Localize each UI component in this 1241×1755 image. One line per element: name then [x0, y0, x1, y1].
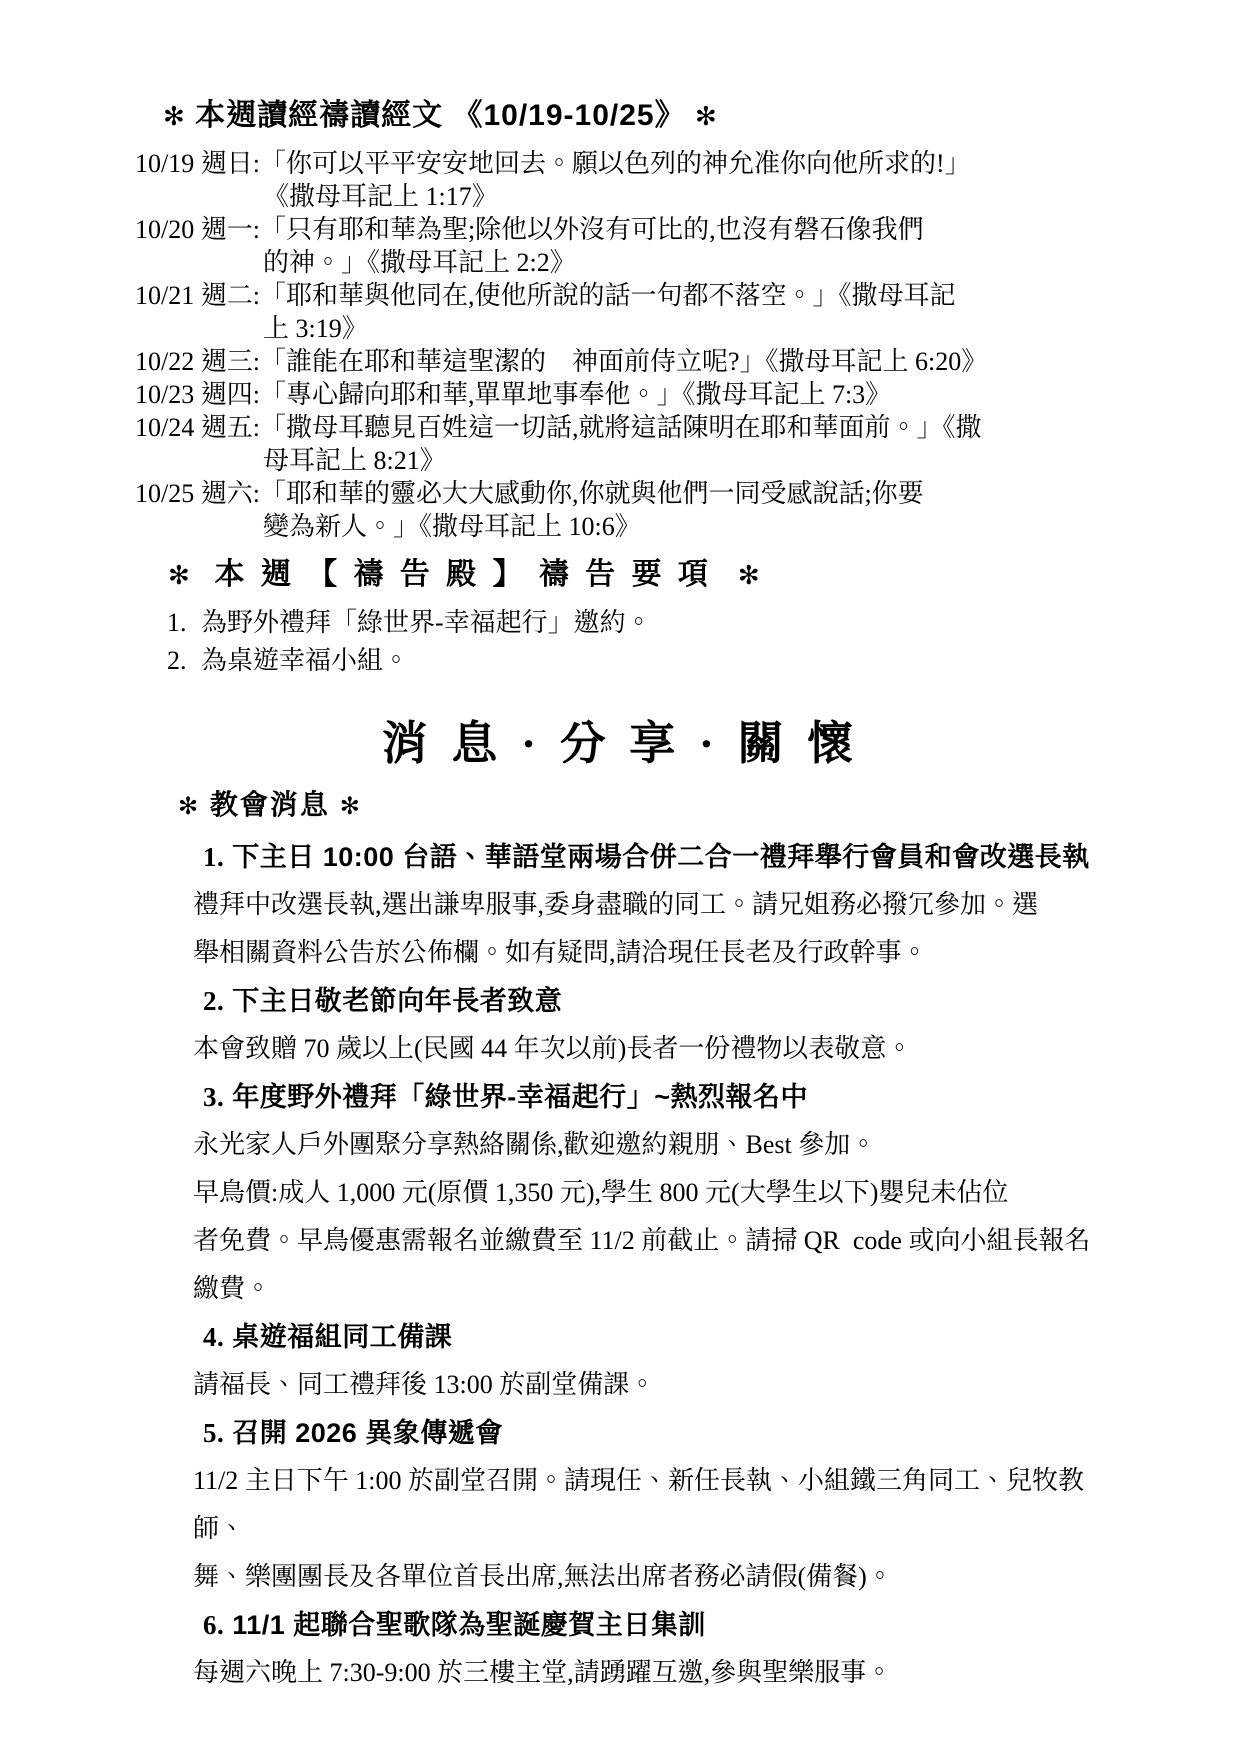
church-news-section: ✻ 教會消息 ✻ 1.下主日 10:00 台語、華語堂兩場合併二合一禮拜舉行會員… — [135, 788, 1106, 1697]
news-item-title: 下主日 10:00 台語、華語堂兩場合併二合一禮拜舉行會員和會改選長執 — [232, 842, 1090, 872]
news-body-line: 每週六晚上 7:30-9:00 於三樓主堂,請踴躍互邀,參與聖樂服事。 — [193, 1649, 1106, 1697]
reading-date-label: 10/19 週日: — [135, 149, 260, 178]
prayer-item: 2.為桌遊幸福小組。 — [167, 642, 1106, 680]
news-item-number: 1. — [203, 842, 224, 872]
news-item-title: 11/1 起聯合聖歌隊為聖誕慶賀主日集訓 — [232, 1610, 706, 1640]
news-item-body: 11/2 主日下午 1:00 於副堂召開。請現任、新任長執、小組鐵三角同工、兒牧… — [193, 1457, 1106, 1601]
news-item: 2.下主日敬老節向年長者致意 本會致贈 70 歲以上(民國 44 年次以前)長者… — [193, 977, 1106, 1073]
news-item-heading: 6.11/1 起聯合聖歌隊為聖誕慶賀主日集訓 — [203, 1601, 1106, 1649]
reading-text: 「只有耶和華為聖;除他以外沒有可比的,也沒有磐石像我們 — [260, 215, 924, 244]
news-item-heading: 5.召開 2026 異象傳遞會 — [203, 1409, 1106, 1457]
news-item-body: 禮拜中改選長執,選出謙卑服事,委身盡職的同工。請兄姐務必撥冗參加。選 舉相關資料… — [193, 881, 1106, 977]
news-item-heading: 4.桌遊福組同工備課 — [203, 1313, 1106, 1361]
reading-line-continuation: 的神。」《撒母耳記上 2:2》 — [135, 246, 1106, 279]
news-item-heading: 1.下主日 10:00 台語、華語堂兩場合併二合一禮拜舉行會員和會改選長執 — [203, 833, 1106, 881]
news-body-line: 禮拜中改選長執,選出謙卑服事,委身盡職的同工。請兄姐務必撥冗參加。選 — [193, 881, 1106, 929]
page-title: 消 息 · 分 享 · 關 懷 — [135, 718, 1106, 770]
reading-date-label: 10/20 週一: — [135, 215, 260, 244]
reading-text: 「專心歸向耶和華,單單地事奉他。」《撒母耳記上 7:3》 — [260, 380, 891, 409]
news-item-number: 6. — [203, 1610, 224, 1640]
scripture-heading-text: 本週讀經禱讀經文 《10/19-10/25》 — [195, 99, 685, 132]
flower-ornament-icon: ✻ — [178, 792, 200, 820]
scripture-reading: 10/22 週三:「誰能在耶和華這聖潔的 神面前侍立呢?」《撒母耳記上 6:20… — [135, 345, 1106, 378]
news-item-body: 每週六晚上 7:30-9:00 於三樓主堂,請踴躍互邀,參與聖樂服事。 — [193, 1649, 1106, 1697]
bulletin-page: ✻ 本週讀經禱讀經文 《10/19-10/25》 ✻ 10/19 週日:「你可以… — [0, 0, 1241, 1755]
news-body-line: 永光家人戶外團聚分享熱絡關係,歡迎邀約親朋、Best 參加。 — [193, 1121, 1106, 1169]
reading-line-continuation: 《撒母耳記上 1:17》 — [135, 180, 1106, 213]
reading-date-label: 10/22 週三: — [135, 347, 260, 376]
reading-line: 10/23 週四:「專心歸向耶和華,單單地事奉他。」《撒母耳記上 7:3》 — [135, 378, 1106, 411]
reading-line: 10/25 週六:「耶和華的靈必大大感動你,你就與他們一同受感說話;你要 — [135, 477, 1106, 510]
news-body-line: 11/2 主日下午 1:00 於副堂召開。請現任、新任長執、小組鐵三角同工、兒牧… — [193, 1457, 1106, 1553]
news-item: 6.11/1 起聯合聖歌隊為聖誕慶賀主日集訓 每週六晚上 7:30-9:00 於… — [193, 1601, 1106, 1697]
reading-line-continuation: 變為新人。」《撒母耳記上 10:6》 — [135, 510, 1106, 543]
flower-ornament-icon: ✻ — [695, 102, 718, 132]
prayer-heading-text: 本 週 【 禱 告 殿 】 禱 告 要 項 — [214, 558, 711, 591]
prayer-item-number: 2. — [167, 642, 193, 680]
reading-text: 「你可以平平安安地回去。願以色列的神允准你向他所求的!」 — [260, 149, 971, 178]
news-item-number: 4. — [203, 1322, 224, 1352]
prayer-item: 1.為野外禮拜「綠世界-幸福起行」邀約。 — [167, 604, 1106, 642]
prayer-section: ✻ 本 週 【 禱 告 殿 】 禱 告 要 項✻ 1.為野外禮拜「綠世界-幸福起… — [135, 555, 1106, 680]
scripture-reading: 10/20 週一:「只有耶和華為聖;除他以外沒有可比的,也沒有磐石像我們 的神。… — [135, 213, 1106, 279]
church-news-heading-text: 教會消息 — [210, 789, 330, 820]
news-item-heading: 3.年度野外禮拜「綠世界-幸福起行」~熱烈報名中 — [203, 1073, 1106, 1121]
scripture-reading: 10/24 週五:「撒母耳聽見百姓這一切話,就將這話陳明在耶和華面前。」《撒 母… — [135, 411, 1106, 477]
news-item-heading: 2.下主日敬老節向年長者致意 — [203, 977, 1106, 1025]
scripture-section: ✻ 本週讀經禱讀經文 《10/19-10/25》 ✻ 10/19 週日:「你可以… — [135, 96, 1106, 543]
reading-line: 10/21 週二:「耶和華與他同在,使他所說的話一句都不落空。」《撒母耳記 — [135, 279, 1106, 312]
news-item-title: 召開 2026 異象傳遞會 — [232, 1418, 503, 1448]
news-body-line: 舉相關資料公告於公佈欄。如有疑問,請洽現任長老及行政幹事。 — [193, 929, 1106, 977]
news-item-body: 請福長、同工禮拜後 13:00 於副堂備課。 — [193, 1361, 1106, 1409]
church-news-heading: ✻ 教會消息 ✻ — [178, 788, 1106, 823]
news-item: 4.桌遊福組同工備課 請福長、同工禮拜後 13:00 於副堂備課。 — [193, 1313, 1106, 1409]
reading-line-continuation: 上 3:19》 — [135, 312, 1106, 345]
reading-line: 10/22 週三:「誰能在耶和華這聖潔的 神面前侍立呢?」《撒母耳記上 6:20… — [135, 345, 1106, 378]
news-item: 3.年度野外禮拜「綠世界-幸福起行」~熱烈報名中 永光家人戶外團聚分享熱絡關係,… — [193, 1073, 1106, 1313]
reading-date-label: 10/21 週二: — [135, 281, 260, 310]
news-item-number: 2. — [203, 986, 224, 1016]
news-item-body: 永光家人戶外團聚分享熱絡關係,歡迎邀約親朋、Best 參加。 早鳥價:成人 1,… — [193, 1121, 1106, 1313]
news-body-line: 早鳥價:成人 1,000 元(原價 1,350 元),學生 800 元(大學生以… — [193, 1169, 1106, 1217]
reading-line: 10/24 週五:「撒母耳聽見百姓這一切話,就將這話陳明在耶和華面前。」《撒 — [135, 411, 1106, 444]
prayer-item-number: 1. — [167, 604, 193, 642]
news-item: 5.召開 2026 異象傳遞會 11/2 主日下午 1:00 於副堂召開。請現任… — [193, 1409, 1106, 1601]
reading-text: 「耶和華與他同在,使他所說的話一句都不落空。」《撒母耳記 — [260, 281, 956, 310]
reading-date-label: 10/23 週四: — [135, 380, 260, 409]
scripture-section-heading: ✻ 本週讀經禱讀經文 《10/19-10/25》 ✻ — [163, 96, 1106, 137]
prayer-item-text: 為桌遊幸福小組。 — [201, 646, 409, 675]
news-body-line: 舞、樂團團長及各單位首長出席,無法出席者務必請假(備餐)。 — [193, 1553, 1106, 1601]
reading-line: 10/20 週一:「只有耶和華為聖;除他以外沒有可比的,也沒有磐石像我們 — [135, 213, 1106, 246]
news-body-line: 者免費。早鳥優惠需報名並繳費至 11/2 前截止。請掃 QR code 或向小組… — [193, 1217, 1106, 1265]
reading-text: 「撒母耳聽見百姓這一切話,就將這話陳明在耶和華面前。」《撒 — [260, 413, 982, 442]
flower-ornament-icon: ✻ — [340, 792, 362, 820]
news-item-title: 年度野外禮拜「綠世界-幸福起行」~熱烈報名中 — [232, 1082, 808, 1112]
news-item: 1.下主日 10:00 台語、華語堂兩場合併二合一禮拜舉行會員和會改選長執 禮拜… — [193, 833, 1106, 977]
prayer-section-heading: ✻ 本 週 【 禱 告 殿 】 禱 告 要 項✻ — [168, 555, 1106, 596]
news-body-line: 繳費。 — [193, 1265, 1106, 1313]
reading-date-label: 10/24 週五: — [135, 413, 260, 442]
reading-text: 「誰能在耶和華這聖潔的 神面前侍立呢?」《撒母耳記上 6:20》 — [260, 347, 987, 376]
flower-ornament-icon: ✻ — [738, 561, 760, 591]
news-item-title: 下主日敬老節向年長者致意 — [232, 986, 562, 1016]
news-item-number: 3. — [203, 1082, 224, 1112]
news-item-number: 5. — [203, 1418, 224, 1448]
scripture-reading: 10/21 週二:「耶和華與他同在,使他所說的話一句都不落空。」《撒母耳記 上 … — [135, 279, 1106, 345]
scripture-reading: 10/25 週六:「耶和華的靈必大大感動你,你就與他們一同受感說話;你要 變為新… — [135, 477, 1106, 543]
reading-date-label: 10/25 週六: — [135, 479, 260, 508]
news-body-line: 本會致贈 70 歲以上(民國 44 年次以前)長者一份禮物以表敬意。 — [193, 1025, 1106, 1073]
news-body-line: 請福長、同工禮拜後 13:00 於副堂備課。 — [193, 1361, 1106, 1409]
reading-text: 「耶和華的靈必大大感動你,你就與他們一同受感說話;你要 — [260, 479, 924, 508]
flower-ornament-icon: ✻ — [163, 102, 186, 132]
prayer-item-text: 為野外禮拜「綠世界-幸福起行」邀約。 — [201, 608, 652, 637]
scripture-reading: 10/19 週日:「你可以平平安安地回去。願以色列的神允准你向他所求的!」 《撒… — [135, 147, 1106, 213]
reading-line: 10/19 週日:「你可以平平安安地回去。願以色列的神允准你向他所求的!」 — [135, 147, 1106, 180]
flower-ornament-icon: ✻ — [168, 561, 190, 591]
news-item-body: 本會致贈 70 歲以上(民國 44 年次以前)長者一份禮物以表敬意。 — [193, 1025, 1106, 1073]
reading-line-continuation: 母耳記上 8:21》 — [135, 444, 1106, 477]
scripture-reading: 10/23 週四:「專心歸向耶和華,單單地事奉他。」《撒母耳記上 7:3》 — [135, 378, 1106, 411]
news-item-title: 桌遊福組同工備課 — [232, 1322, 452, 1352]
